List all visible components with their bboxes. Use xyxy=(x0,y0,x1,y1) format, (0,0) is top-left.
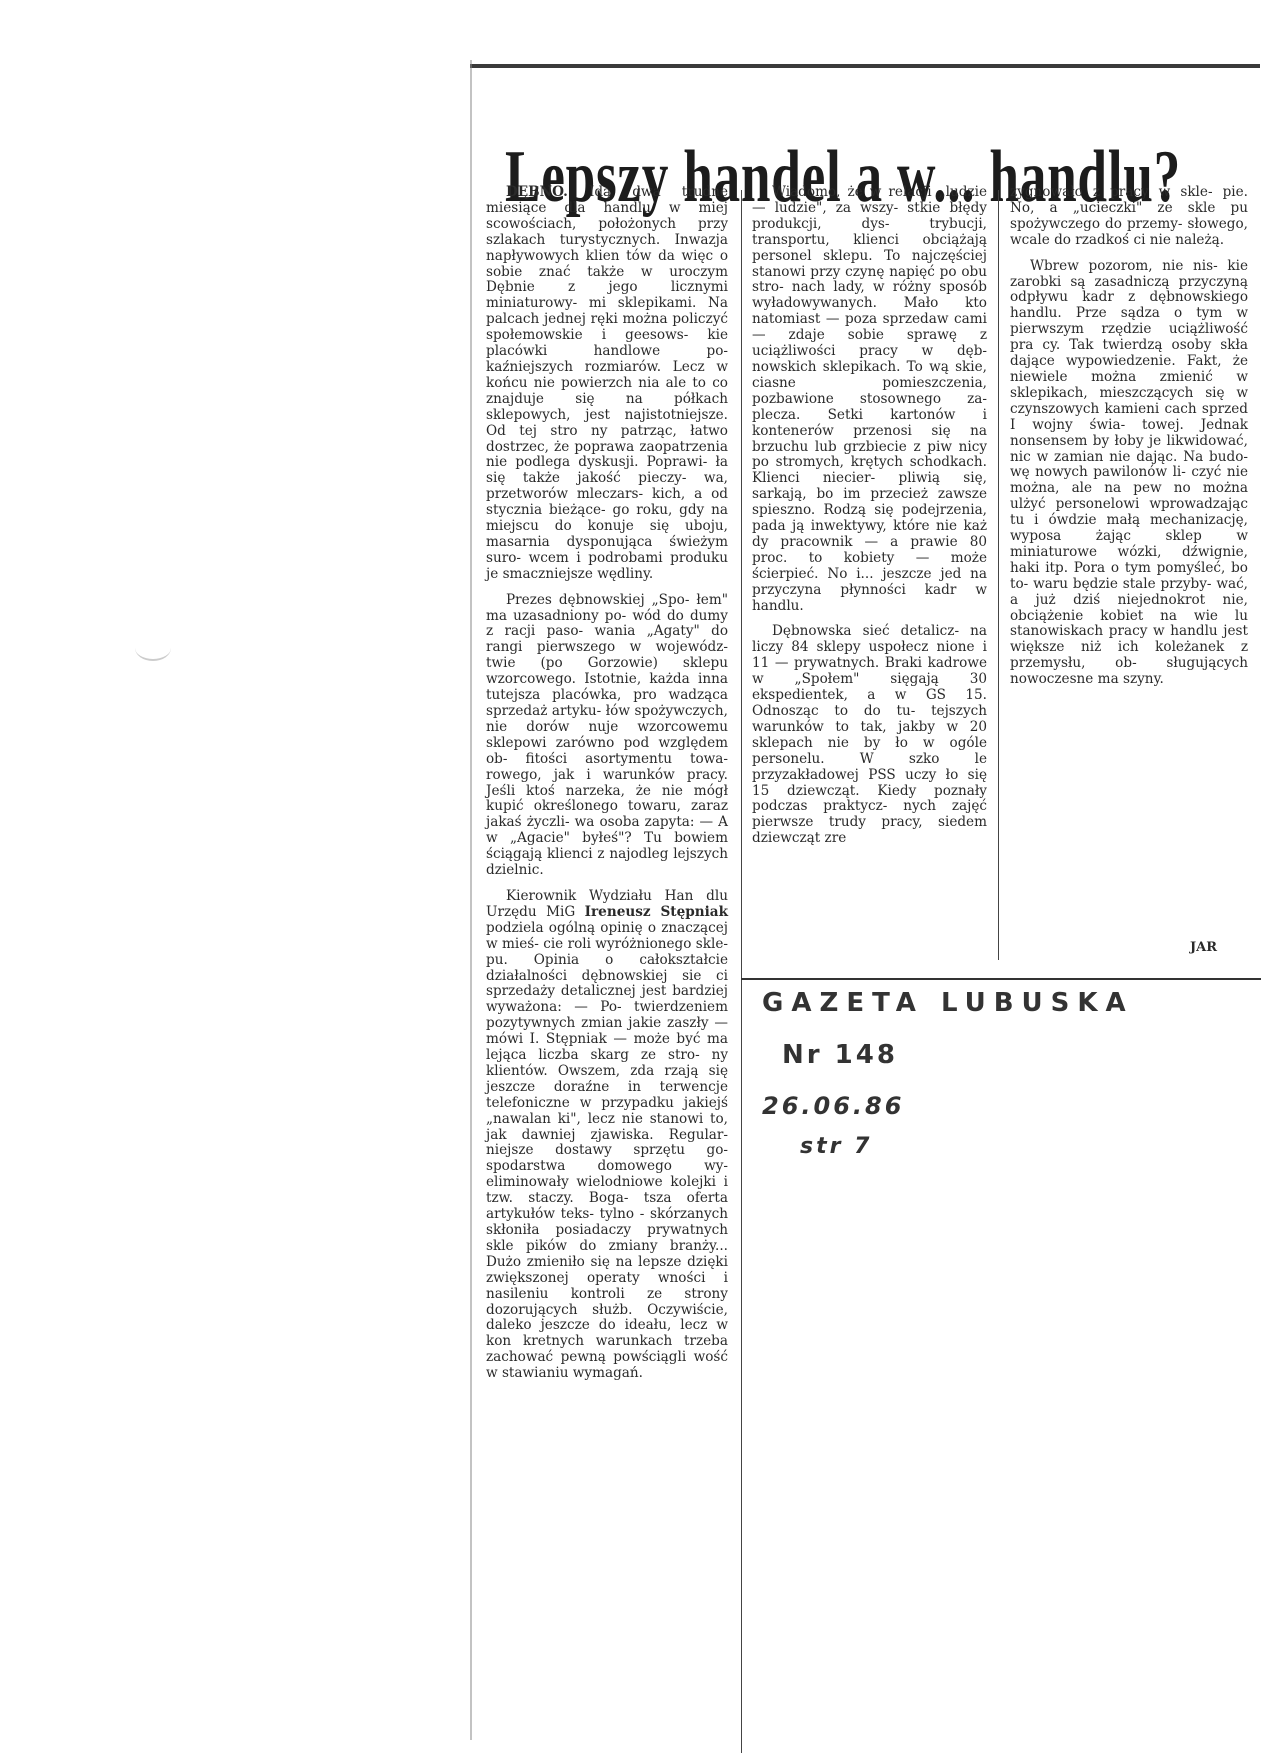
article-column-3: zygnowało z pracy w skle- pie. No, a „uc… xyxy=(1010,185,1248,698)
paragraph: DĘBNO. Idą dwa trudne miesiące dla handl… xyxy=(486,185,728,583)
handwritten-issue-number: Nr 148 xyxy=(782,1040,898,1070)
column-divider xyxy=(741,190,742,1753)
paragraph: Kierownik Wydziału Han dlu Urzędu MiG Ir… xyxy=(486,889,728,1382)
handwritten-newspaper-name: GAZETA LUBUSKA xyxy=(762,988,1134,1018)
article-column-2: Wiadomo, że w relacji „ludzie — ludzie",… xyxy=(752,185,987,857)
top-rule xyxy=(470,64,1260,68)
article-column-1: DĘBNO. Idą dwa trudne miesiące dla handl… xyxy=(486,185,728,1392)
handwritten-page: str 7 xyxy=(800,1134,872,1159)
person-name: Ireneusz Stępniak xyxy=(585,904,728,920)
paragraph: Dębnowska sieć detalicz- na liczy 84 skl… xyxy=(752,624,987,847)
note-rule xyxy=(741,978,1261,980)
paragraph: Wbrew pozorom, nie nis- kie zarobki są z… xyxy=(1010,259,1248,688)
clipping-edge xyxy=(470,60,472,1740)
handwritten-date: 26.06.86 xyxy=(762,1092,904,1120)
paragraph: zygnowało z pracy w skle- pie. No, a „uc… xyxy=(1010,185,1248,249)
paragraph: Prezes dębnowskiej „Spo- łem" ma uzasadn… xyxy=(486,593,728,879)
paragraph: Wiadomo, że w relacji „ludzie — ludzie",… xyxy=(752,185,987,614)
punch-hole-mark xyxy=(135,635,171,661)
column-divider xyxy=(998,190,999,960)
dateline: DĘBNO. xyxy=(506,184,568,200)
author-signature: JAR xyxy=(1190,940,1217,955)
